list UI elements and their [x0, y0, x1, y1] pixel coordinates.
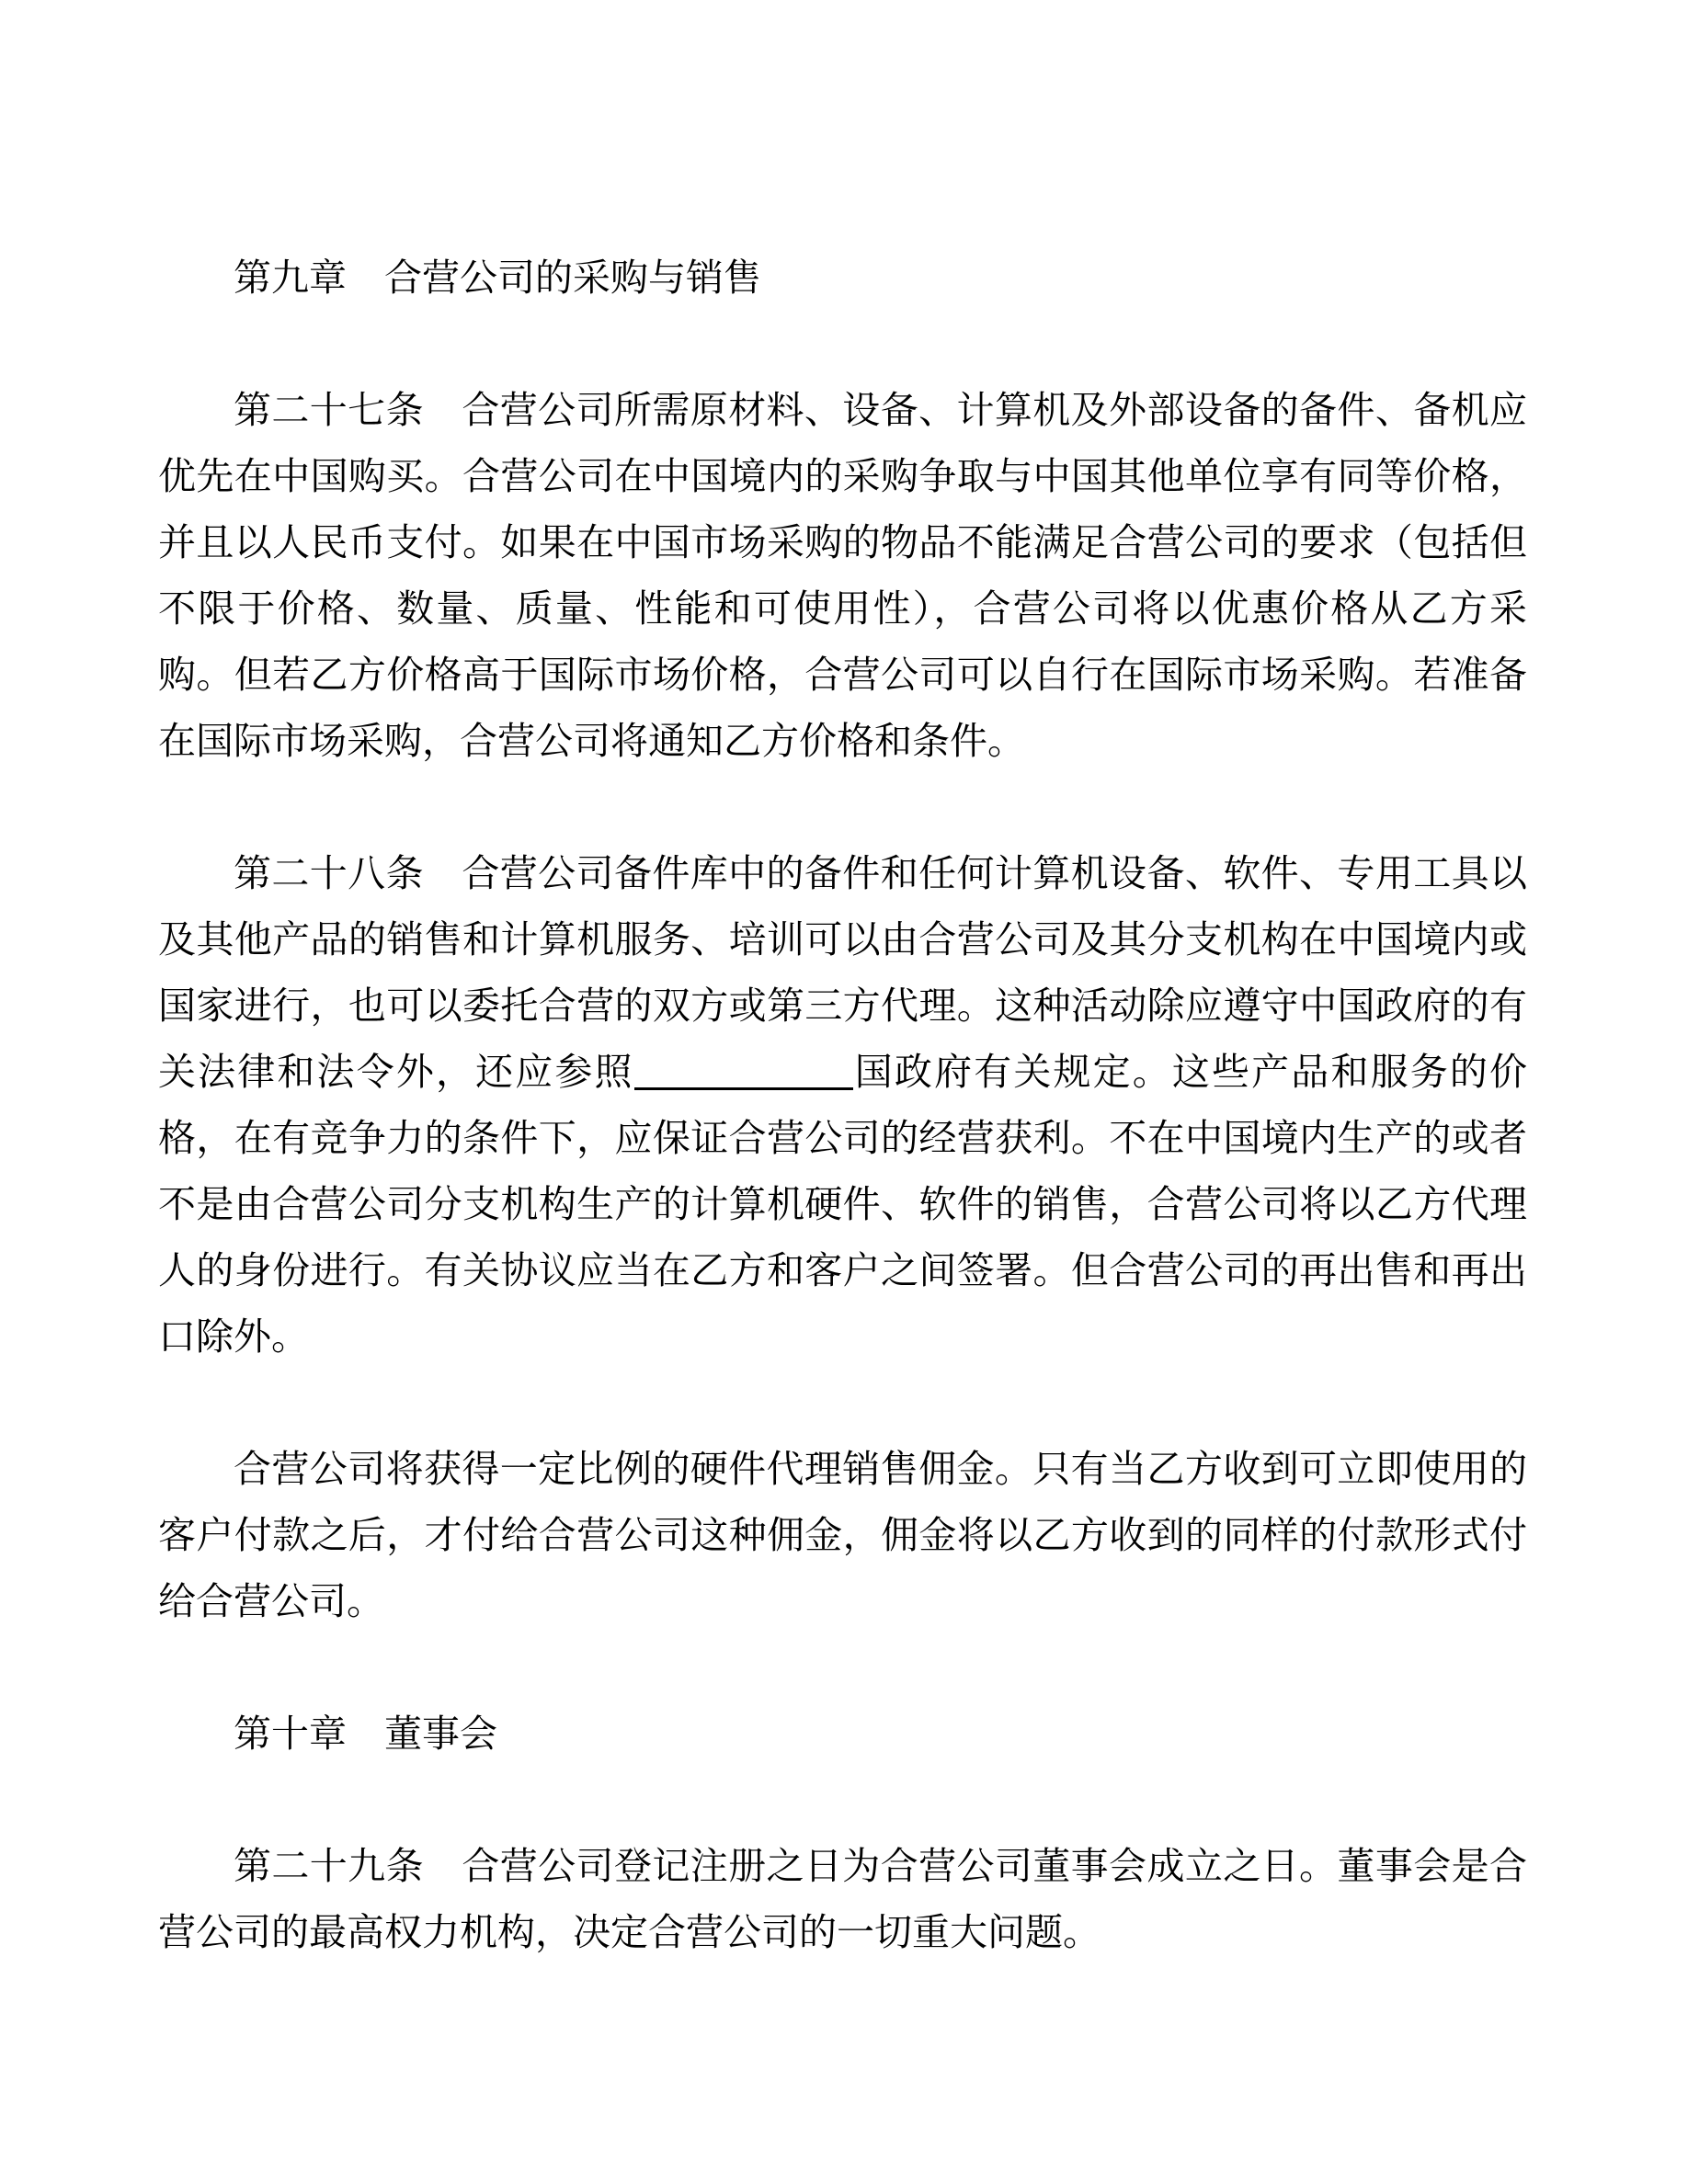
- article-28-text-after-blank: 国政府有关规定。这些产品和服务的价格，在有竞争力的条件下，应保证合营公司的经营获…: [158, 1051, 1527, 1358]
- commission-paragraph: 合营公司将获得一定比例的硬件代理销售佣金。只有当乙方收到可立即使用的客户付款之后…: [158, 1436, 1527, 1634]
- article-29-paragraph: 第二十九条 合营公司登记注册之日为合营公司董事会成立之日。董事会是合营公司的最高…: [158, 1833, 1527, 1965]
- chapter-9-heading: 第九章 合营公司的采购与销售: [158, 245, 1527, 311]
- chapter-10-heading: 第十章 董事会: [158, 1701, 1527, 1767]
- document-page: 第九章 合营公司的采购与销售 第二十七条 合营公司所需原材料、设备、计算机及外部…: [0, 0, 1688, 2184]
- fill-in-blank-country: [634, 1087, 853, 1090]
- article-28-paragraph: 第二十八条 合营公司备件库中的备件和任何计算机设备、软件、专用工具以及其他产品的…: [158, 840, 1527, 1370]
- article-27-paragraph: 第二十七条 合营公司所需原材料、设备、计算机及外部设备的备件、备机应优先在中国购…: [158, 377, 1527, 774]
